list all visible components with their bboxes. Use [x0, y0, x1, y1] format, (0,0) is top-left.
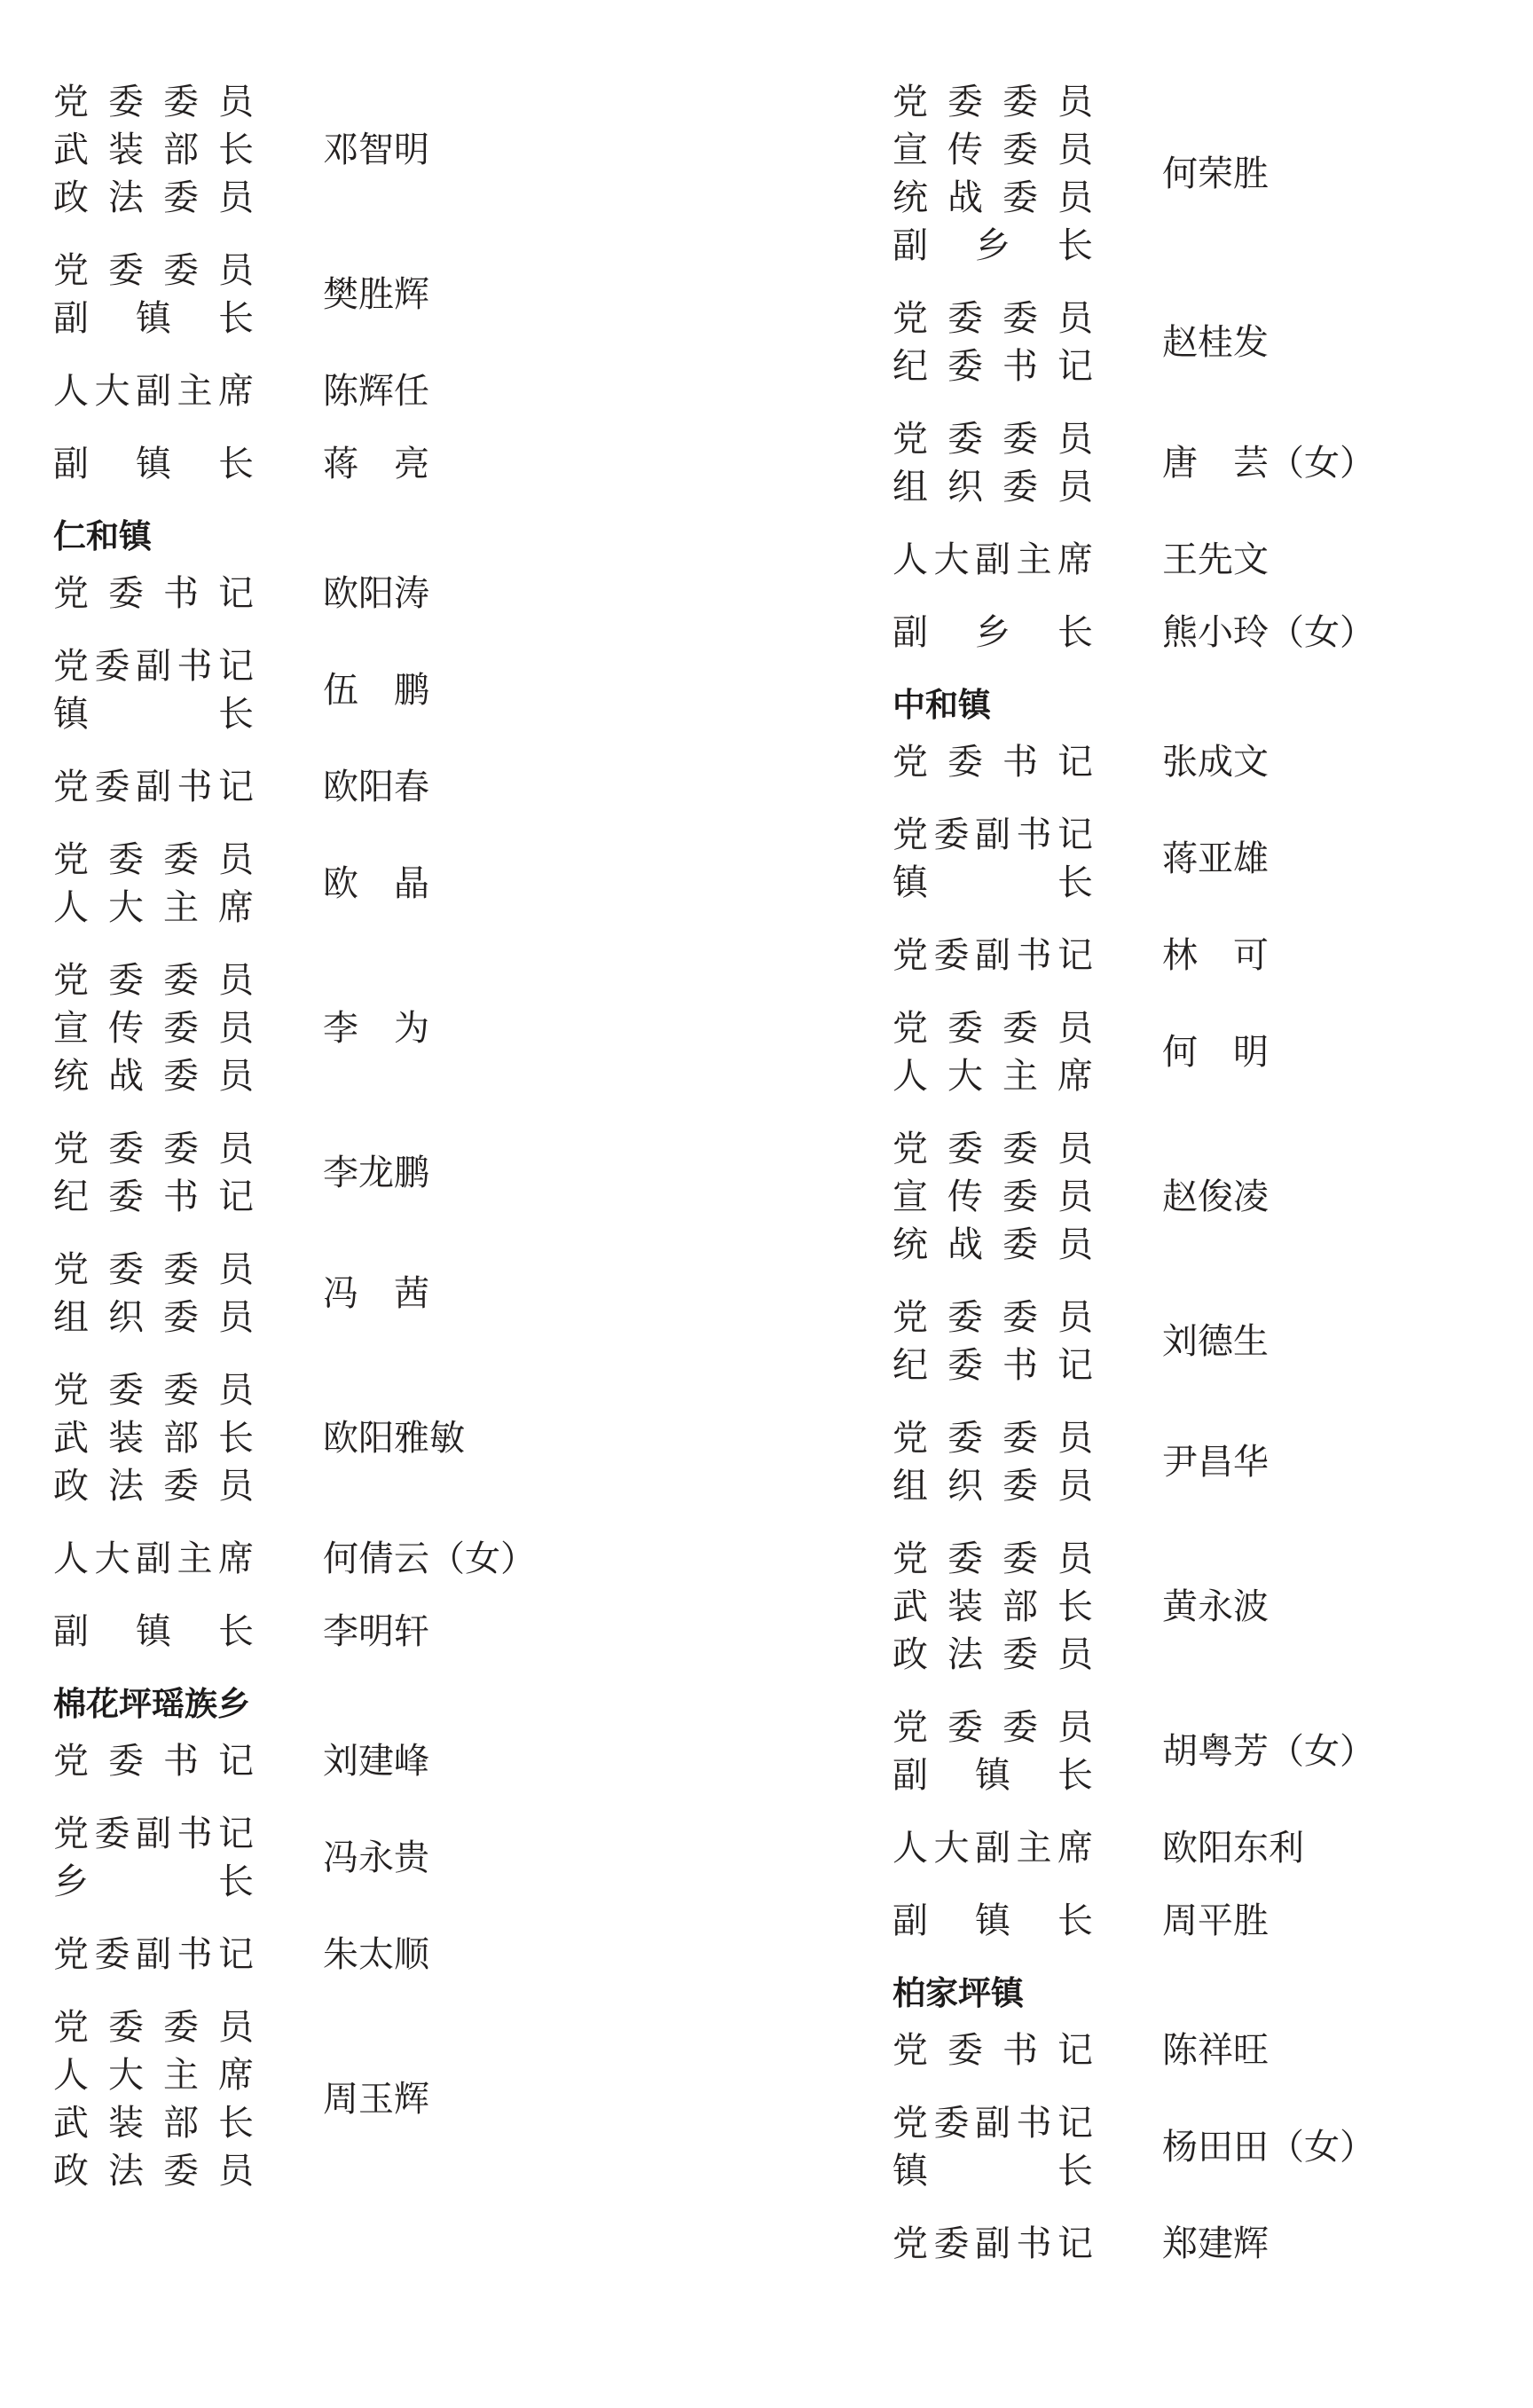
title-line: 党委副书记 — [892, 811, 1093, 859]
entry: 党委副书记镇长杨田田（女） — [892, 2099, 1533, 2195]
title-line: 副镇长 — [53, 440, 254, 488]
title-line: 副镇长 — [53, 295, 254, 342]
entry-titles: 副乡长 — [892, 609, 1093, 657]
title-line: 党委委员 — [892, 78, 1093, 126]
entry: 党委委员人大主席欧 晶 — [53, 836, 745, 932]
entry-name: 欧阳春 — [323, 763, 429, 811]
entry-titles: 党委委员组织委员 — [892, 415, 1093, 511]
title-line: 宣传委员 — [892, 1173, 1093, 1221]
entry-titles: 党委委员纪委书记 — [892, 1294, 1093, 1389]
section-header: 仁和镇 — [53, 513, 745, 561]
entry-titles: 党委委员宣传委员统战委员 — [892, 1125, 1093, 1269]
title-line: 纪委书记 — [892, 342, 1093, 390]
entry: 人大副主席欧阳东利 — [892, 1824, 1533, 1872]
entry-name: 欧阳涛 — [323, 570, 429, 618]
entry-name: 陈辉任 — [323, 367, 429, 415]
title-line: 党委书记 — [53, 1737, 254, 1785]
entry-name: 陈祥旺 — [1162, 2026, 1269, 2074]
title-line: 武装部长 — [892, 1583, 1093, 1631]
title-line: 人大副主席 — [53, 1535, 254, 1583]
section-header: 棉花坪瑶族乡 — [53, 1680, 745, 1728]
title-line: 镇长 — [892, 859, 1093, 907]
entry-name: 樊胜辉 — [323, 271, 429, 319]
entry-titles: 党委委员宣传委员统战委员 — [53, 956, 254, 1100]
title-line: 宣传委员 — [892, 126, 1093, 174]
entry-name: 王先文 — [1162, 536, 1269, 584]
entry-name: 欧阳东利 — [1162, 1824, 1304, 1872]
entry-name: 张成文 — [1162, 738, 1269, 786]
entry-name: 杨田田（女） — [1162, 2123, 1375, 2171]
entry-titles: 党委副书记镇长 — [53, 642, 254, 738]
title-line: 政法委员 — [892, 1631, 1093, 1679]
title-line: 人大副主席 — [53, 367, 254, 415]
title-line: 党委副书记 — [53, 1810, 254, 1858]
entry-titles: 党委副书记 — [53, 763, 254, 811]
entry-titles: 党委委员组织委员 — [892, 1414, 1093, 1510]
entry: 党委委员纪委书记李龙鹏 — [53, 1125, 745, 1221]
entry-titles: 人大副主席 — [53, 367, 254, 415]
title-line: 副镇长 — [892, 1751, 1093, 1799]
title-line: 组织委员 — [53, 1294, 254, 1342]
entry-name: 黄永波 — [1162, 1583, 1269, 1631]
entry-titles: 党委委员武装部长政法委员 — [53, 1366, 254, 1510]
section-header: 中和镇 — [892, 681, 1533, 729]
title-line: 党委委员 — [892, 415, 1093, 463]
title-line: 统战委员 — [53, 1052, 254, 1100]
entry: 人大副主席何倩云（女） — [53, 1535, 745, 1583]
entry-titles: 党委委员武装部长政法委员 — [53, 78, 254, 222]
entry-name: 赵桂发 — [1162, 319, 1269, 366]
entry: 党委委员人大主席武装部长政法委员周玉辉 — [53, 2003, 745, 2195]
title-line: 党委副书记 — [53, 763, 254, 811]
title-line: 副镇长 — [53, 1608, 254, 1656]
title-line: 副乡长 — [892, 222, 1093, 270]
entry: 党委委员宣传委员统战委员副乡长何荣胜 — [892, 78, 1533, 270]
entry: 党委委员纪委书记赵桂发 — [892, 295, 1533, 390]
title-line: 副镇长 — [892, 1897, 1093, 1945]
entry-name: 何 明 — [1162, 1028, 1269, 1076]
entry: 副镇长周平胜 — [892, 1897, 1533, 1945]
entry: 党委书记张成文 — [892, 738, 1533, 786]
entry: 副镇长李明轩 — [53, 1608, 745, 1656]
entry-name: 李 为 — [323, 1004, 429, 1052]
title-line: 党委委员 — [892, 1294, 1093, 1342]
document-page: 党委委员武装部长政法委员邓智明党委委员副镇长樊胜辉人大副主席陈辉任副镇长蒋 亮仁… — [0, 0, 1533, 2408]
entry: 党委书记欧阳涛 — [53, 570, 745, 618]
title-line: 党委书记 — [892, 738, 1093, 786]
title-line: 宣传委员 — [53, 1004, 254, 1052]
title-line: 统战委员 — [892, 174, 1093, 222]
entry-titles: 党委委员人大主席 — [53, 836, 254, 932]
entry-name: 冯永贵 — [323, 1834, 429, 1882]
title-line: 党委委员 — [892, 1414, 1093, 1462]
title-line: 党委委员 — [892, 1535, 1093, 1583]
title-line: 党委书记 — [892, 2026, 1093, 2074]
title-line: 纪委书记 — [892, 1342, 1093, 1389]
entry: 党委委员宣传委员统战委员赵俊凌 — [892, 1125, 1533, 1269]
entry-name: 何倩云（女） — [323, 1535, 536, 1583]
title-line: 组织委员 — [892, 1462, 1093, 1510]
entry-titles: 人大副主席 — [892, 536, 1093, 584]
title-line: 党委副书记 — [892, 932, 1093, 980]
title-line: 纪委书记 — [53, 1173, 254, 1221]
title-line: 组织委员 — [892, 463, 1093, 511]
entry: 党委副书记欧阳春 — [53, 763, 745, 811]
entry: 党委委员纪委书记刘德生 — [892, 1294, 1533, 1389]
title-line: 党委委员 — [892, 1704, 1093, 1751]
entry-titles: 党委委员组织委员 — [53, 1246, 254, 1342]
entry-name: 刘德生 — [1162, 1318, 1269, 1365]
entry-titles: 党委委员宣传委员统战委员副乡长 — [892, 78, 1093, 270]
entry: 党委副书记镇长伍 鹏 — [53, 642, 745, 738]
entry-name: 蒋 亮 — [323, 440, 429, 488]
entry: 党委书记刘建峰 — [53, 1737, 745, 1785]
entry: 党委副书记林 可 — [892, 932, 1533, 980]
title-line: 党委副书记 — [892, 2099, 1093, 2147]
entry-titles: 人大副主席 — [53, 1535, 254, 1583]
entry-name: 胡粤芳（女） — [1162, 1727, 1375, 1775]
entry: 党委委员武装部长政法委员黄永波 — [892, 1535, 1533, 1679]
entry: 党委副书记郑建辉 — [892, 2220, 1533, 2268]
entry: 党委副书记乡长冯永贵 — [53, 1810, 745, 1906]
column-right: 党委委员宣传委员统战委员副乡长何荣胜党委委员纪委书记赵桂发党委委员组织委员唐 芸… — [892, 78, 1533, 2293]
title-line: 武装部长 — [53, 2099, 254, 2147]
title-line: 统战委员 — [892, 1221, 1093, 1269]
entry-titles: 党委委员副镇长 — [53, 247, 254, 342]
title-line: 党委书记 — [53, 570, 254, 618]
title-line: 党委副书记 — [53, 1931, 254, 1979]
title-line: 镇长 — [53, 690, 254, 738]
entry-titles: 副镇长 — [892, 1897, 1093, 1945]
entry: 党委委员宣传委员统战委员李 为 — [53, 956, 745, 1100]
entry-name: 赵俊凌 — [1162, 1173, 1269, 1221]
entry-name: 李明轩 — [323, 1608, 429, 1656]
entry-titles: 党委副书记 — [892, 932, 1093, 980]
entry-name: 唐 芸（女） — [1162, 439, 1375, 487]
title-line: 党委委员 — [892, 1004, 1093, 1052]
entry-name: 熊小玲（女） — [1162, 609, 1375, 657]
title-line: 党委委员 — [53, 247, 254, 295]
title-line: 党委委员 — [892, 295, 1093, 342]
entry: 副镇长蒋 亮 — [53, 440, 745, 488]
entry: 党委书记陈祥旺 — [892, 2026, 1533, 2074]
title-line: 党委委员 — [53, 78, 254, 126]
entry: 副乡长熊小玲（女） — [892, 609, 1533, 657]
entry-titles: 副镇长 — [53, 440, 254, 488]
title-line: 党委委员 — [53, 1125, 254, 1173]
title-line: 人大主席 — [53, 2051, 254, 2099]
title-line: 政法委员 — [53, 174, 254, 222]
entry-titles: 党委副书记乡长 — [53, 1810, 254, 1906]
title-line: 武装部长 — [53, 1414, 254, 1462]
title-line: 政法委员 — [53, 2147, 254, 2195]
entry-name: 李龙鹏 — [323, 1149, 429, 1197]
entry-name: 伍 鹏 — [323, 666, 429, 714]
entry-titles: 党委委员人大主席 — [892, 1004, 1093, 1100]
entry-titles: 副镇长 — [53, 1608, 254, 1656]
title-line: 政法委员 — [53, 1462, 254, 1510]
entry-name: 欧 晶 — [323, 860, 429, 908]
entry: 党委副书记朱太顺 — [53, 1931, 745, 1979]
entry-titles: 党委委员副镇长 — [892, 1704, 1093, 1799]
title-line: 党委委员 — [53, 1366, 254, 1414]
entry-name: 尹昌华 — [1162, 1438, 1269, 1486]
column-left: 党委委员武装部长政法委员邓智明党委委员副镇长樊胜辉人大副主席陈辉任副镇长蒋 亮仁… — [53, 78, 745, 2220]
entry-name: 林 可 — [1162, 932, 1269, 980]
entry-name: 周玉辉 — [323, 2075, 429, 2123]
entry-name: 蒋亚雄 — [1162, 835, 1269, 883]
title-line: 党委副书记 — [53, 642, 254, 690]
entry: 党委委员副镇长樊胜辉 — [53, 247, 745, 342]
title-line: 副乡长 — [892, 609, 1093, 657]
entry-titles: 党委委员武装部长政法委员 — [892, 1535, 1093, 1679]
entry-titles: 党委书记 — [892, 738, 1093, 786]
entry: 党委委员武装部长政法委员邓智明 — [53, 78, 745, 222]
entry: 人大副主席陈辉任 — [53, 367, 745, 415]
entry-name: 欧阳雅敏 — [323, 1414, 465, 1462]
entry-titles: 党委副书记 — [892, 2220, 1093, 2268]
entry-titles: 党委副书记镇长 — [892, 811, 1093, 907]
title-line: 人大副主席 — [892, 1824, 1093, 1872]
title-line: 党委委员 — [53, 1246, 254, 1294]
title-line: 人大副主席 — [892, 536, 1093, 584]
entry-name: 朱太顺 — [323, 1931, 429, 1979]
entry-titles: 党委委员人大主席武装部长政法委员 — [53, 2003, 254, 2195]
title-line: 武装部长 — [53, 126, 254, 174]
section-header: 柏家坪镇 — [892, 1970, 1533, 2018]
entry-titles: 党委委员纪委书记 — [53, 1125, 254, 1221]
title-line: 镇长 — [892, 2147, 1093, 2195]
entry: 党委委员副镇长胡粤芳（女） — [892, 1704, 1533, 1799]
entry-name: 邓智明 — [323, 126, 429, 174]
entry: 党委委员组织委员尹昌华 — [892, 1414, 1533, 1510]
entry: 党委委员组织委员唐 芸（女） — [892, 415, 1533, 511]
entry: 人大副主席王先文 — [892, 536, 1533, 584]
entry-name: 冯 茜 — [323, 1270, 429, 1318]
entry: 党委委员组织委员冯 茜 — [53, 1246, 745, 1342]
entry: 党委副书记镇长蒋亚雄 — [892, 811, 1533, 907]
entry-titles: 党委书记 — [53, 1737, 254, 1785]
entry-titles: 党委副书记镇长 — [892, 2099, 1093, 2195]
title-line: 乡长 — [53, 1858, 254, 1906]
entry-name: 郑建辉 — [1162, 2220, 1269, 2268]
title-line: 人大主席 — [53, 884, 254, 932]
title-line: 党委委员 — [53, 836, 254, 884]
title-line: 党委委员 — [892, 1125, 1093, 1173]
entry-name: 何荣胜 — [1162, 150, 1269, 198]
entry-titles: 党委书记 — [892, 2026, 1093, 2074]
entry-titles: 党委书记 — [53, 570, 254, 618]
title-line: 党委委员 — [53, 2003, 254, 2051]
title-line: 党委副书记 — [892, 2220, 1093, 2268]
title-line: 党委委员 — [53, 956, 254, 1004]
entry-name: 刘建峰 — [323, 1737, 429, 1785]
entry-titles: 党委副书记 — [53, 1931, 254, 1979]
entry-titles: 党委委员纪委书记 — [892, 295, 1093, 390]
title-line: 人大主席 — [892, 1052, 1093, 1100]
entry-name: 周平胜 — [1162, 1897, 1269, 1945]
entry-titles: 人大副主席 — [892, 1824, 1093, 1872]
entry: 党委委员人大主席何 明 — [892, 1004, 1533, 1100]
entry: 党委委员武装部长政法委员欧阳雅敏 — [53, 1366, 745, 1510]
